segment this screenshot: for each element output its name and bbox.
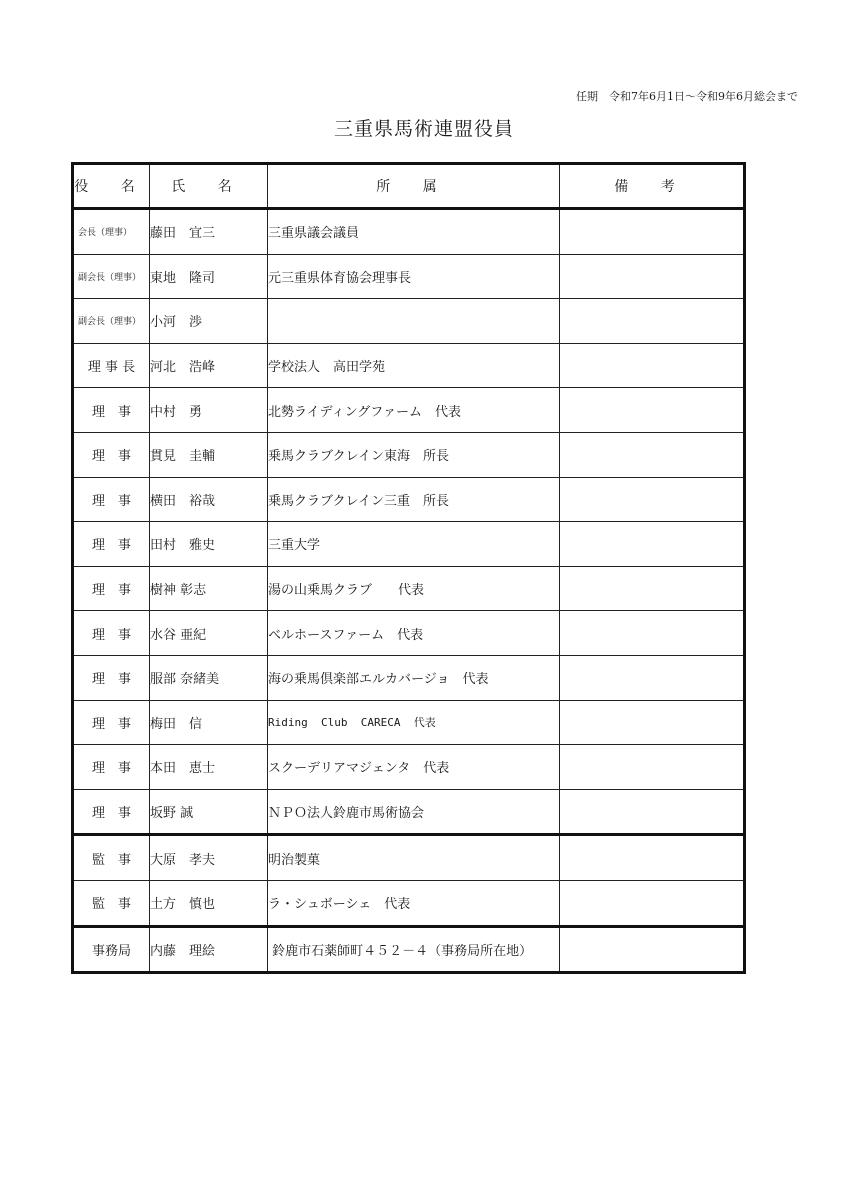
remarks-cell [560, 655, 745, 700]
affiliation-cell: 海の乗馬倶楽部エルカバージョ 代表 [268, 655, 560, 700]
officers-table: 役 名 氏 名 所 属 備 考 会長（理事） 藤田 宜三 三重県議会議員 副会長… [71, 162, 746, 974]
affiliation-cell [268, 299, 560, 344]
affiliation-cell: 鈴鹿市石薬師町４５２－４（事務局所在地） [268, 926, 560, 973]
table-row: 理 事 坂野 誠 ＮＰＯ法人鈴鹿市馬術協会 [73, 789, 745, 835]
table-row: 理 事 本田 恵士 スクーデリアマジェンタ 代表 [73, 745, 745, 790]
name-cell: 樹神 彰志 [150, 566, 268, 611]
table-row: 理 事 田村 雅史 三重大学 [73, 522, 745, 567]
remarks-cell [560, 477, 745, 522]
column-header-name: 氏 名 [150, 164, 268, 209]
name-cell: 河北 浩峰 [150, 343, 268, 388]
role-cell: 理 事 長 [73, 343, 150, 388]
affiliation-cell: Riding Club CARECA 代表 [268, 700, 560, 745]
affiliation-cell: 北勢ライディングファーム 代表 [268, 388, 560, 433]
remarks-cell [560, 789, 745, 835]
remarks-cell [560, 343, 745, 388]
name-cell: 坂野 誠 [150, 789, 268, 835]
name-cell: 内藤 理絵 [150, 926, 268, 973]
remarks-cell [560, 700, 745, 745]
affiliation-cell: ＮＰＯ法人鈴鹿市馬術協会 [268, 789, 560, 835]
affiliation-cell: 明治製菓 [268, 835, 560, 881]
name-cell: 貫見 圭輔 [150, 432, 268, 477]
table-row: 理 事 長 河北 浩峰 学校法人 高田学苑 [73, 343, 745, 388]
remarks-cell [560, 209, 745, 255]
table-row: 理 事 服部 奈緒美 海の乗馬倶楽部エルカバージョ 代表 [73, 655, 745, 700]
table-row: 理 事 樹神 彰志 湯の山乗馬クラブ 代表 [73, 566, 745, 611]
role-cell: 理 事 [73, 789, 150, 835]
affiliation-cell: ベルホースファーム 代表 [268, 611, 560, 656]
table-row: 事務局 内藤 理絵 鈴鹿市石薬師町４５２－４（事務局所在地） [73, 926, 745, 973]
name-cell: 横田 裕哉 [150, 477, 268, 522]
column-header-role: 役 名 [73, 164, 150, 209]
term-of-office: 任期 令和7年6月1日～令和9年6月総会まで [576, 88, 798, 104]
name-cell: 土方 慎也 [150, 880, 268, 926]
remarks-cell [560, 745, 745, 790]
name-cell: 小河 渉 [150, 299, 268, 344]
table-row: 監 事 大原 孝夫 明治製菓 [73, 835, 745, 881]
remarks-cell [560, 522, 745, 567]
role-cell: 副会長（理事） [73, 254, 150, 299]
table-row: 理 事 水谷 亜紀 ベルホースファーム 代表 [73, 611, 745, 656]
name-cell: 大原 孝夫 [150, 835, 268, 881]
name-cell: 田村 雅史 [150, 522, 268, 567]
table-row: 理 事 横田 裕哉 乗馬クラブクレイン三重 所長 [73, 477, 745, 522]
role-cell: 事務局 [73, 926, 150, 973]
role-cell: 理 事 [73, 388, 150, 433]
name-cell: 藤田 宜三 [150, 209, 268, 255]
name-cell: 本田 恵士 [150, 745, 268, 790]
role-cell: 監 事 [73, 835, 150, 881]
role-cell: 理 事 [73, 522, 150, 567]
name-cell: 服部 奈緒美 [150, 655, 268, 700]
role-cell: 会長（理事） [73, 209, 150, 255]
table-header-row: 役 名 氏 名 所 属 備 考 [73, 164, 745, 209]
affiliation-cell: スクーデリアマジェンタ 代表 [268, 745, 560, 790]
remarks-cell [560, 835, 745, 881]
name-cell: 東地 隆司 [150, 254, 268, 299]
name-cell: 梅田 信 [150, 700, 268, 745]
remarks-cell [560, 566, 745, 611]
remarks-cell [560, 299, 745, 344]
affiliation-cell: 三重県議会議員 [268, 209, 560, 255]
name-cell: 中村 勇 [150, 388, 268, 433]
name-cell: 水谷 亜紀 [150, 611, 268, 656]
table-row: 理 事 貫見 圭輔 乗馬クラブクレイン東海 所長 [73, 432, 745, 477]
column-header-remarks: 備 考 [560, 164, 745, 209]
table-row: 副会長（理事） 東地 隆司 元三重県体育協会理事長 [73, 254, 745, 299]
role-cell: 理 事 [73, 566, 150, 611]
affiliation-cell: 乗馬クラブクレイン三重 所長 [268, 477, 560, 522]
role-cell: 理 事 [73, 611, 150, 656]
table-row: 副会長（理事） 小河 渉 [73, 299, 745, 344]
column-header-affiliation: 所 属 [268, 164, 560, 209]
role-cell: 監 事 [73, 880, 150, 926]
table-row: 監 事 土方 慎也 ラ・シュボーシェ 代表 [73, 880, 745, 926]
remarks-cell [560, 254, 745, 299]
affiliation-cell: 湯の山乗馬クラブ 代表 [268, 566, 560, 611]
table-row: 会長（理事） 藤田 宜三 三重県議会議員 [73, 209, 745, 255]
affiliation-cell: 三重大学 [268, 522, 560, 567]
remarks-cell [560, 432, 745, 477]
role-cell: 理 事 [73, 432, 150, 477]
role-cell: 副会長（理事） [73, 299, 150, 344]
remarks-cell [560, 611, 745, 656]
role-cell: 理 事 [73, 745, 150, 790]
affiliation-cell: 乗馬クラブクレイン東海 所長 [268, 432, 560, 477]
remarks-cell [560, 388, 745, 433]
remarks-cell [560, 880, 745, 926]
affiliation-cell: 学校法人 高田学苑 [268, 343, 560, 388]
role-cell: 理 事 [73, 655, 150, 700]
role-cell: 理 事 [73, 477, 150, 522]
remarks-cell [560, 926, 745, 973]
table-row: 理 事 梅田 信 Riding Club CARECA 代表 [73, 700, 745, 745]
table-row: 理 事 中村 勇 北勢ライディングファーム 代表 [73, 388, 745, 433]
affiliation-cell: ラ・シュボーシェ 代表 [268, 880, 560, 926]
page-title: 三重県馬術連盟役員 [0, 114, 848, 141]
affiliation-cell: 元三重県体育協会理事長 [268, 254, 560, 299]
role-cell: 理 事 [73, 700, 150, 745]
